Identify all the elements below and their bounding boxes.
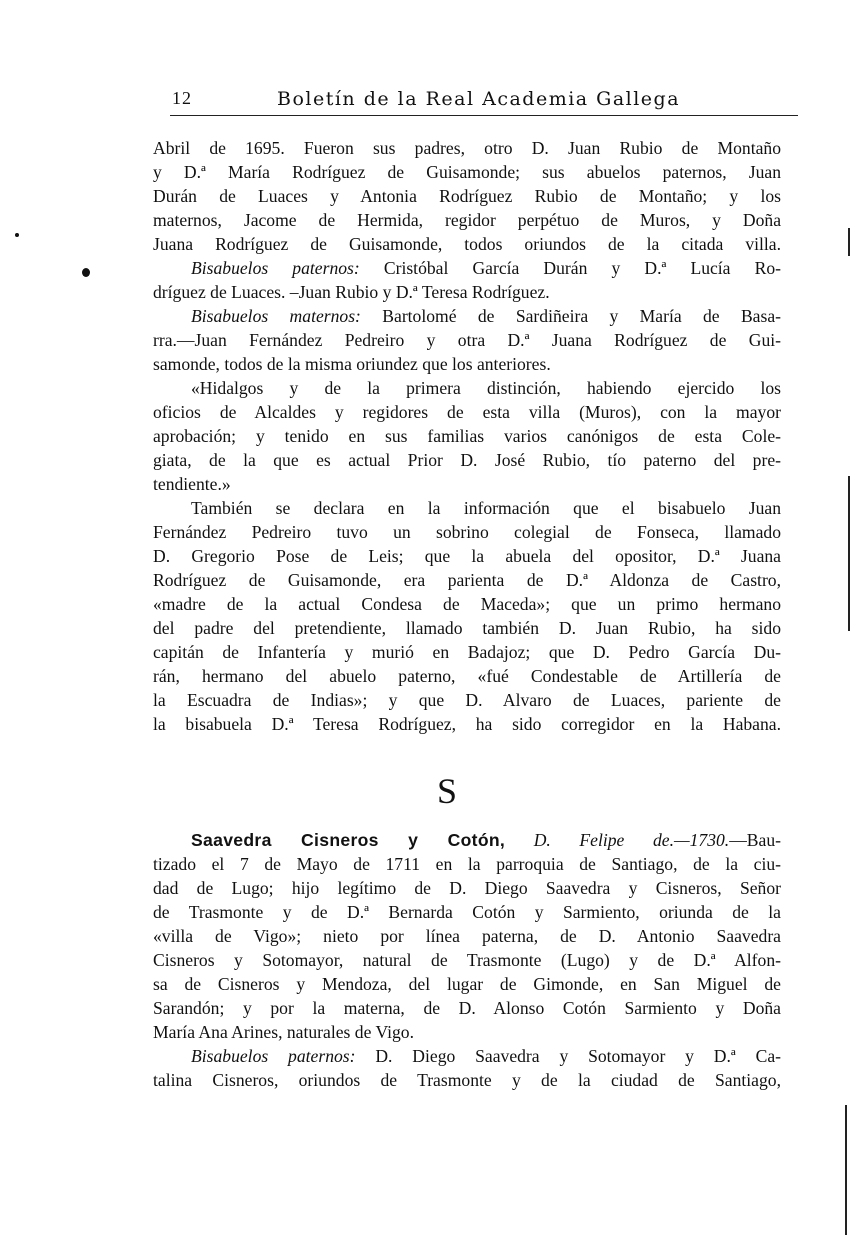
running-title: Boletín de la Real Academia Gallega: [277, 88, 680, 110]
text-line: tizado el 7 de Mayo de 1711 en la parroq…: [153, 852, 781, 876]
entry-heading-line: Saavedra Cisneros y Cotón, D. Felipe de.…: [153, 828, 781, 852]
text-line: rra.—Juan Fernández Pedreiro y otra D.ª …: [153, 328, 781, 352]
text-run: Cristóbal García Durán y D.ª Lucía Ro-: [360, 258, 781, 278]
text-line: de Trasmonte y de D.ª Bernarda Cotón y S…: [153, 900, 781, 924]
section-1-text: Abril de 1695. Fueron sus padres, otro D…: [153, 136, 781, 736]
text-line: Durán de Luaces y Antonia Rodríguez Rubi…: [153, 184, 781, 208]
text-line: dríguez de Luaces. –Juan Rubio y D.ª Ter…: [153, 280, 781, 304]
text-line: la bisabuela D.ª Teresa Rodríguez, ha si…: [153, 712, 781, 736]
quote-line: giata, de la que es actual Prior D. José…: [153, 448, 781, 472]
page-number: 12: [172, 88, 192, 109]
scanned-page: 12 Boletín de la Real Academia Gallega A…: [0, 0, 850, 1246]
text-line: rán, hermano del abuelo paterno, «fué Co…: [153, 664, 781, 688]
text-line: También se declara en la información que…: [153, 496, 781, 520]
text-line: sa de Cisneros y Mendoza, del lugar de G…: [153, 972, 781, 996]
text-line: Abril de 1695. Fueron sus padres, otro D…: [153, 136, 781, 160]
entry-given-name-date: D. Felipe de.—1730.: [505, 830, 729, 850]
bisabuelos-paternos-label: Bisabuelos paternos:: [191, 1046, 356, 1066]
quote-line: «Hidalgos y de la primera distinción, ha…: [153, 376, 781, 400]
text-run: Bartolomé de Sardiñeira y María de Basa-: [361, 306, 781, 326]
page-header: 12 Boletín de la Real Academia Gallega: [170, 88, 800, 114]
text-line: la Escuadra de Indias»; y que D. Alvaro …: [153, 688, 781, 712]
text-line: capitán de Infantería y murió en Badajoz…: [153, 640, 781, 664]
quote-line: aprobación; y tenido en sus familias var…: [153, 424, 781, 448]
text-line: María Ana Arines, naturales de Vigo.: [153, 1020, 781, 1044]
bisabuelos-paternos-line: Bisabuelos paternos: Cristóbal García Du…: [153, 256, 781, 280]
entry-name: Saavedra Cisneros y Cotón,: [191, 830, 505, 850]
header-rule: [170, 115, 798, 116]
bisabuelos-paternos-line: Bisabuelos paternos: D. Diego Saavedra y…: [153, 1044, 781, 1068]
text-line: D. Gregorio Pose de Leis; que la abuela …: [153, 544, 781, 568]
text-line: samonde, todos de la misma oriundez que …: [153, 352, 781, 376]
text-line: del padre del pretendiente, llamado tamb…: [153, 616, 781, 640]
text-line: dad de Lugo; hijo legítimo de D. Diego S…: [153, 876, 781, 900]
text-run: —Bau-: [729, 830, 781, 850]
quote-line: oficios de Alcaldes y regidores de esta …: [153, 400, 781, 424]
scan-speck: [82, 268, 90, 277]
scan-speck: [15, 233, 19, 237]
scan-edge-mark: [845, 1105, 847, 1235]
text-line: y D.ª María Rodríguez de Guisamonde; sus…: [153, 160, 781, 184]
bisabuelos-paternos-label: Bisabuelos paternos:: [191, 258, 360, 278]
text-line: Fernández Pedreiro tuvo un sobrino coleg…: [153, 520, 781, 544]
text-line: Cisneros y Sotomayor, natural de Trasmon…: [153, 948, 781, 972]
bisabuelos-maternos-label: Bisabuelos maternos:: [191, 306, 361, 326]
text-line: maternos, Jacome de Hermida, regidor per…: [153, 208, 781, 232]
text-line: Sarandón; y por la materna, de D. Alonso…: [153, 996, 781, 1020]
bisabuelos-maternos-line: Bisabuelos maternos: Bartolomé de Sardiñ…: [153, 304, 781, 328]
text-line: «madre de la actual Condesa de Maceda»; …: [153, 592, 781, 616]
section-letter-heading: S: [437, 770, 457, 812]
text-line: «villa de Vigo»; nieto por línea paterna…: [153, 924, 781, 948]
text-run: D. Diego Saavedra y Sotomayor y D.ª Ca-: [356, 1046, 781, 1066]
text-line: talina Cisneros, oriundos de Trasmonte y…: [153, 1068, 781, 1092]
text-line: Rodríguez de Guisamonde, era parienta de…: [153, 568, 781, 592]
section-2-text: Saavedra Cisneros y Cotón, D. Felipe de.…: [153, 828, 781, 1092]
text-line: Juana Rodríguez de Guisamonde, todos ori…: [153, 232, 781, 256]
quote-line: tendiente.»: [153, 472, 781, 496]
